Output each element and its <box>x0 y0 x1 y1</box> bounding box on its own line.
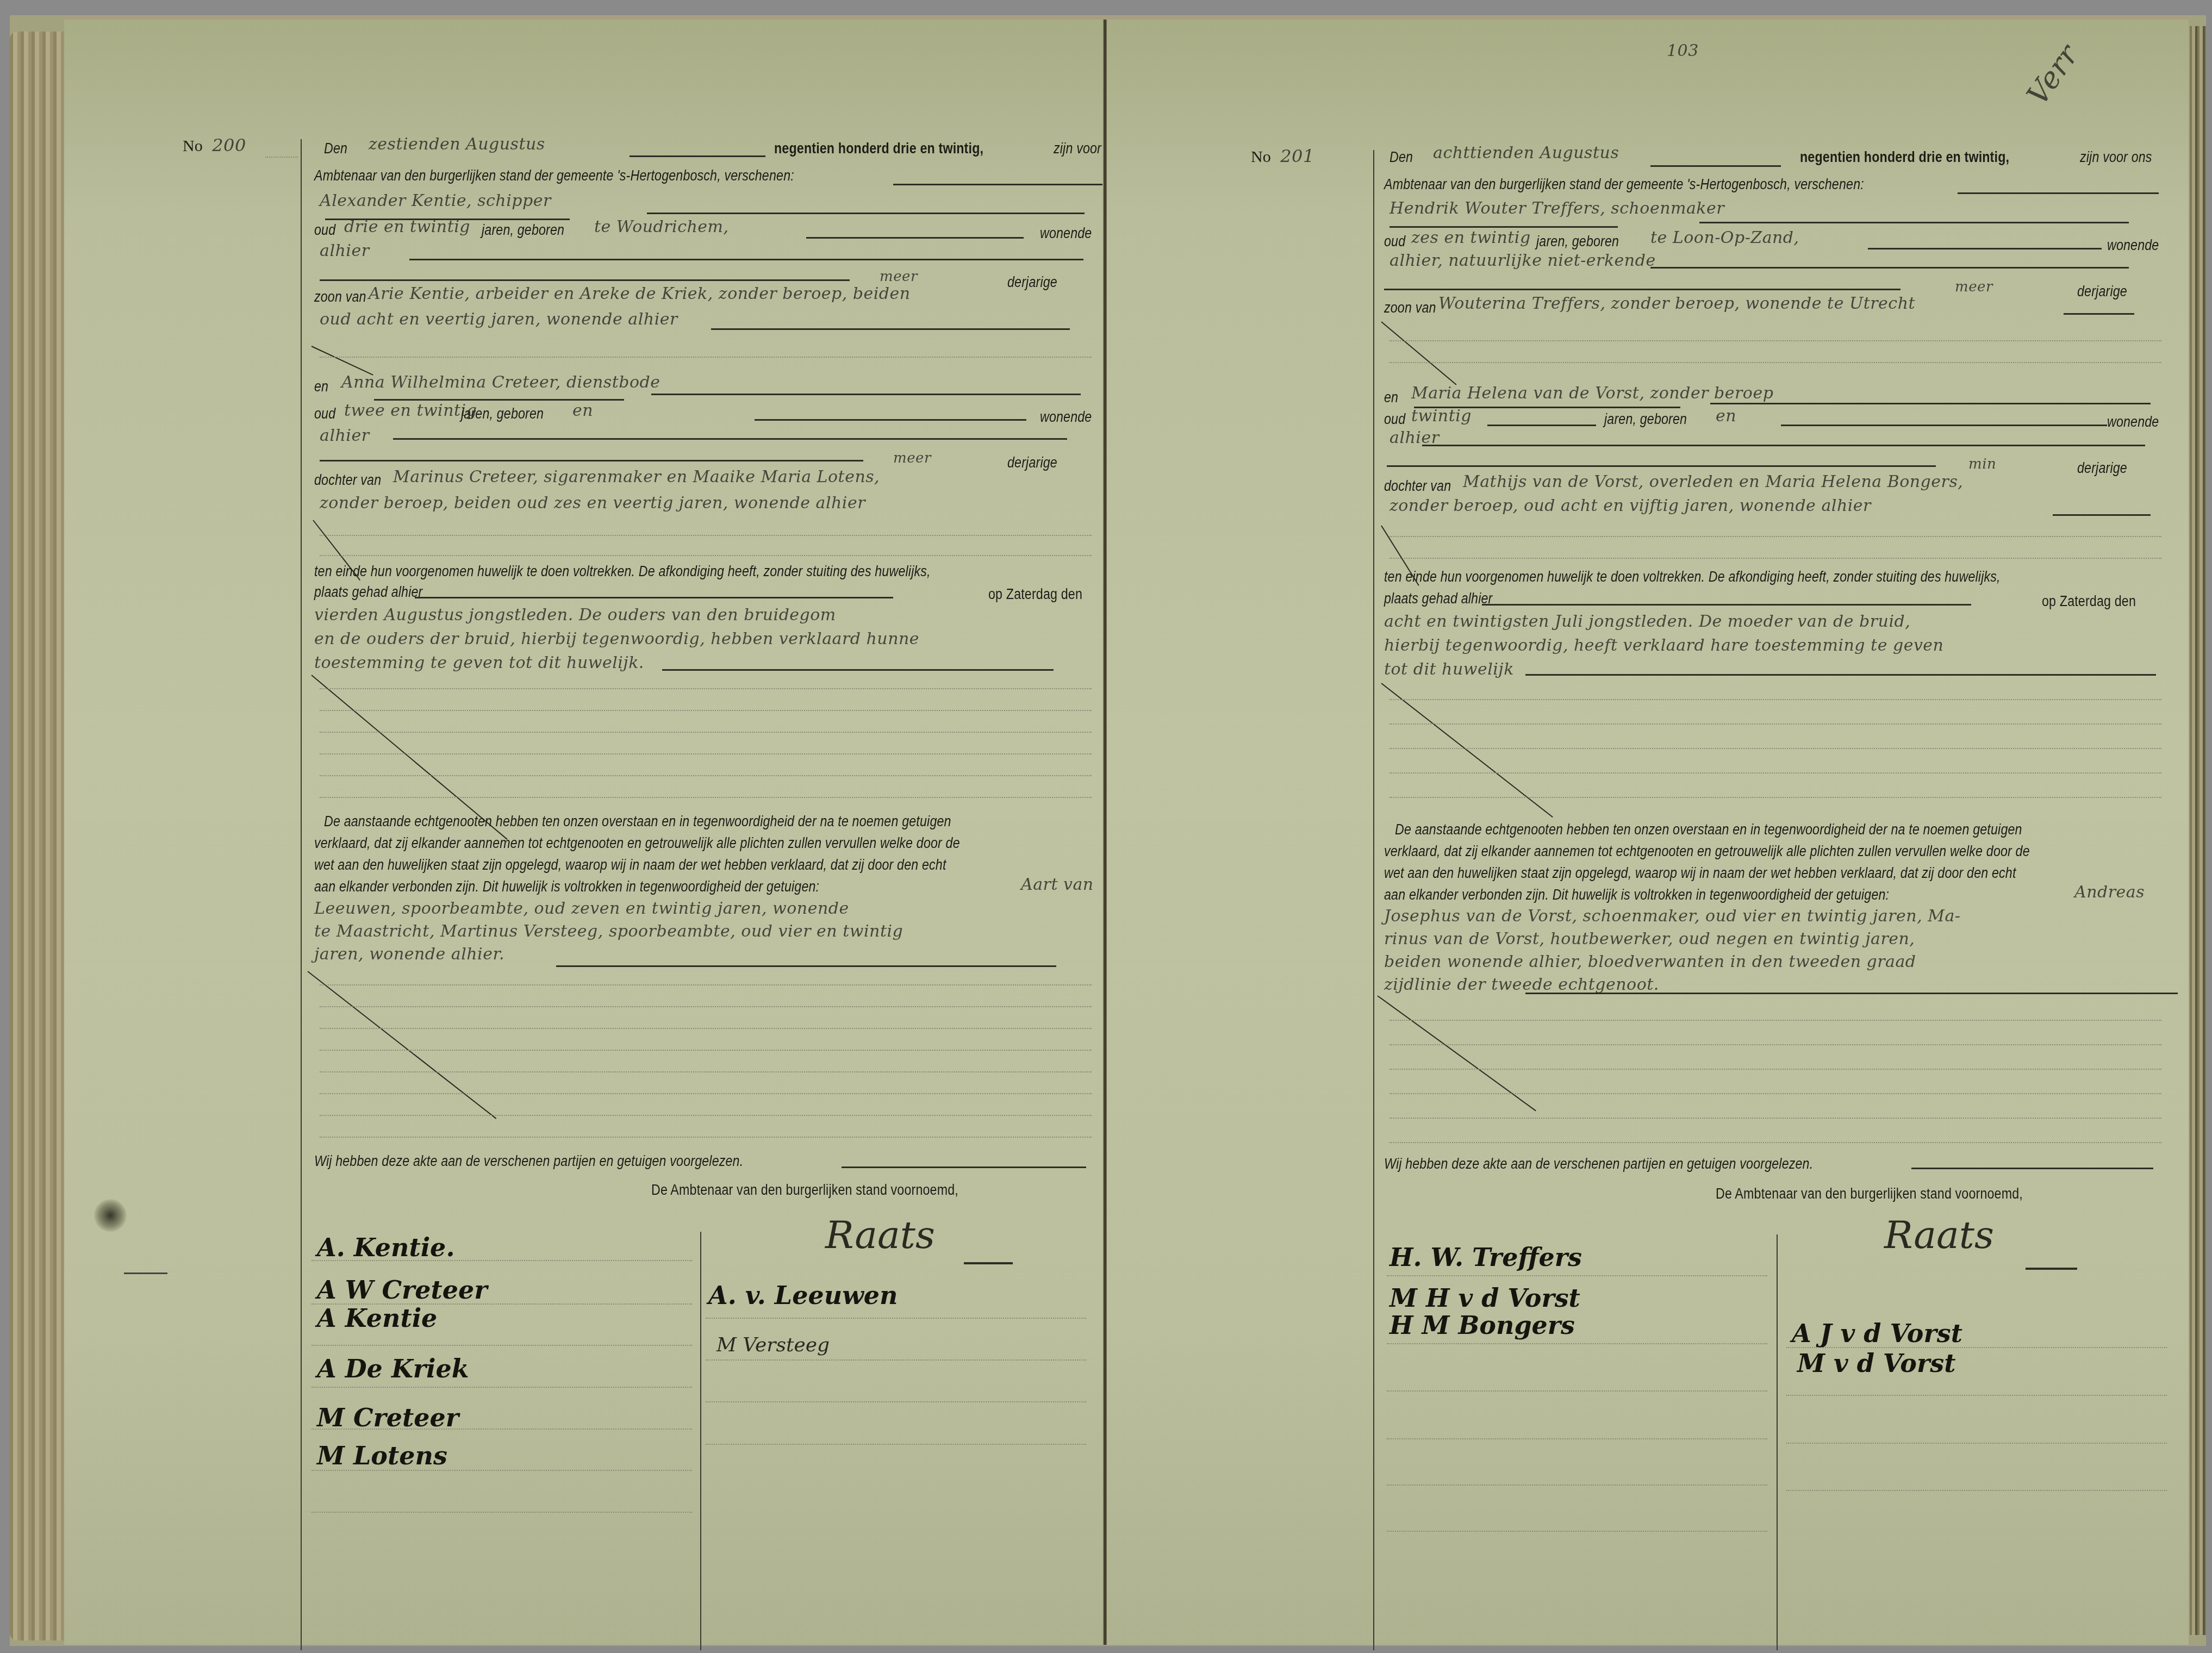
groom-parents-line-2: oud acht en veertig jaren, wonende alhie… <box>320 310 678 329</box>
groom-birthplace: te Loon-Op-Zand, <box>1650 228 1799 247</box>
dotted-line <box>320 535 1092 536</box>
dotted-line <box>1389 1020 2161 1021</box>
year-phrase: negentien honderd drie en twintig, <box>774 140 983 157</box>
underline-rule <box>1389 226 1618 228</box>
signature-divider <box>700 1232 701 1650</box>
witnesses-line-4: zijdlinie der tweede echtgenoot. <box>1384 975 1659 994</box>
signature-line <box>311 1345 692 1346</box>
proclamation-line-3: tot dit huwelijk <box>1384 660 1514 679</box>
fill-rule <box>1387 465 1936 467</box>
fill-rule <box>2064 313 2134 315</box>
groom-parent-status: meer <box>880 269 918 285</box>
derjarige-label: derjarige <box>1007 274 1057 291</box>
proclamation-line-2: en de ouders der bruid, hierbij tegenwoo… <box>314 629 919 648</box>
signature-line <box>706 1359 1086 1361</box>
signature-official: Raats <box>825 1213 935 1257</box>
dotted-line <box>320 1115 1092 1116</box>
left-page: No 200 Den zestienden Augustus negentien… <box>64 20 1105 1645</box>
signature-groom-mother: A De Kriek <box>317 1354 469 1383</box>
signature-line <box>1786 1395 2167 1396</box>
bride-parents-line-1: Mathijs van de Vorst, overleden en Maria… <box>1463 472 1963 491</box>
dotted-line <box>320 555 1092 556</box>
derjarige-label: derjarige <box>2077 460 2127 477</box>
folio-mark: Verr <box>2020 38 2085 111</box>
groom-name-occupation: Alexander Kentie, schipper <box>320 191 551 210</box>
witnesses-start: Andreas <box>2074 883 2145 902</box>
dotted-line <box>320 732 1092 733</box>
fill-rule <box>1482 604 1971 606</box>
signature-underline <box>964 1262 1013 1264</box>
dotted-line <box>1389 1093 2161 1094</box>
right-page: 103 Verr No 201 Den achttienden Augustus… <box>1107 20 2189 1645</box>
voorgelezen-text: Wij hebben deze akte aan de verschenen p… <box>314 1153 743 1170</box>
signature-line <box>1786 1490 2167 1491</box>
dotted-line <box>320 1137 1092 1138</box>
wonende-label: wonende <box>1040 225 1092 242</box>
dotted-line <box>1389 340 2161 341</box>
ten-einde-text: ten einde hun voorgenomen huwelijk te do… <box>314 563 931 580</box>
jaren-geboren-label: jaren, geboren <box>1536 233 1619 250</box>
fill-rule <box>842 1167 1086 1168</box>
signature-line <box>706 1444 1086 1445</box>
aanstaande-line-1: De aanstaande echtgenooten hebben ten on… <box>324 813 951 830</box>
aanstaande-line-2: verklaard, dat zij elkander aannemen tot… <box>1384 843 2030 860</box>
en-label: en <box>314 378 328 395</box>
signature-line <box>1387 1438 1767 1439</box>
dotted-line <box>1389 1069 2161 1070</box>
signature-divider <box>1777 1234 1778 1650</box>
fill-rule <box>320 279 850 281</box>
proclamation-line-1: acht en twintigsten Juli jongstleden. De… <box>1384 612 1910 631</box>
signature-line <box>311 1512 692 1513</box>
fill-rule <box>1699 222 2129 223</box>
fill-rule <box>1650 267 2129 269</box>
dotted-line <box>320 1093 1092 1094</box>
dochter-van-label: dochter van <box>314 472 381 489</box>
fill-rule <box>1650 165 1781 167</box>
ink-mark <box>124 1273 167 1274</box>
dotted-line <box>1389 1142 2161 1143</box>
jaren-geboren-label: jaren, geboren <box>482 222 564 239</box>
witnesses-line-1: Josephus van de Vorst, schoenmaker, oud … <box>1384 907 1960 926</box>
dotted-line <box>320 1071 1092 1072</box>
proclamation-line-1: vierden Augustus jongstleden. De ouders … <box>314 606 836 625</box>
fill-rule <box>1384 289 1901 290</box>
fill-rule <box>1525 993 2178 994</box>
underline-rule <box>374 399 624 401</box>
bride-birthplace: en <box>572 401 593 420</box>
oud-label: oud <box>1384 411 1405 428</box>
signature-groom-father: A Kentie <box>317 1303 437 1333</box>
dotted-line <box>320 984 1092 985</box>
zoon-van-label: zoon van <box>314 289 366 305</box>
signature-line <box>1387 1390 1767 1392</box>
signature-line <box>1786 1347 2167 1348</box>
signature-underline <box>2026 1268 2077 1270</box>
witnesses-start: Aart van <box>1021 875 1094 894</box>
dotted-line <box>1389 723 2161 725</box>
groom-birthplace: te Woudrichem, <box>594 217 729 236</box>
fill-rule <box>662 669 1054 671</box>
groom-age: zes en twintig <box>1411 228 1531 247</box>
bride-parent-status: meer <box>893 450 931 466</box>
bride-birthplace: en <box>1716 407 1736 426</box>
register-book: No 200 Den zestienden Augustus negentien… <box>10 15 2206 1646</box>
bride-parents-line-2: zonder beroep, beiden oud zes en veertig… <box>320 494 865 513</box>
dotted-line <box>1389 699 2161 700</box>
oud-label: oud <box>1384 233 1405 250</box>
ten-einde-text: ten einde hun voorgenomen huwelijk te do… <box>1384 569 2001 585</box>
aanstaande-line-1: De aanstaande echtgenooten hebben ten on… <box>1395 821 2022 838</box>
record-number: 201 <box>1280 146 1314 166</box>
signature-line <box>706 1401 1086 1402</box>
derjarige-label: derjarige <box>1007 454 1057 471</box>
marriage-date: achttienden Augustus <box>1433 144 1619 163</box>
witnesses-line-1: Leeuwen, spoorbeambte, oud zeven en twin… <box>314 899 849 918</box>
dotted-line <box>1389 1044 2161 1045</box>
bride-parents-line-1: Marinus Creteer, sigarenmaker en Maaike … <box>393 467 880 486</box>
dotted-line <box>320 797 1092 798</box>
dotted-line <box>320 710 1092 711</box>
aanstaande-line-3: wet aan den huwelijken staat zijn opgele… <box>314 857 946 874</box>
jaren-geboren-label: jaren, geboren <box>1604 411 1687 428</box>
signature-witness-2: M v d Vorst <box>1797 1349 1955 1378</box>
fill-rule <box>1911 1168 2153 1169</box>
op-zaterdag-label: op Zaterdag den <box>2042 593 2136 610</box>
signature-line <box>1387 1484 1767 1486</box>
fill-rule <box>1487 425 1596 426</box>
bride-parents-line-2: zonder beroep, oud acht en vijftig jaren… <box>1389 496 1871 515</box>
signature-groom: A. Kentie. <box>317 1233 454 1262</box>
dotted-line <box>1389 772 2161 774</box>
folio-number: 103 <box>1667 41 1699 60</box>
plaats-gehad-label: plaats gehad alhier <box>314 584 422 601</box>
groom-parents-line-1: Arie Kentie, arbeider en Areke de Kriek,… <box>369 284 911 303</box>
signature-bride-mother: M Lotens <box>317 1441 447 1470</box>
bride-name-occupation: Maria Helena van de Vorst, zonder beroep <box>1411 384 1773 403</box>
year-tail: zijn voor ons <box>2080 149 2152 166</box>
groom-parent-status: meer <box>1955 279 1993 295</box>
fill-rule <box>409 259 1083 260</box>
marriage-date: zestienden Augustus <box>369 135 545 154</box>
fill-rule <box>2053 514 2151 516</box>
witnesses-line-3: beiden wonende alhier, bloedverwanten in… <box>1384 952 1916 971</box>
fill-rule <box>651 394 1081 395</box>
bride-age: twintig <box>1411 407 1472 426</box>
fill-rule <box>415 597 893 598</box>
signature-groom: H. W. Treffers <box>1389 1243 1582 1272</box>
den-label: Den <box>324 140 347 157</box>
signature-line <box>1387 1343 1767 1344</box>
den-label: Den <box>1389 149 1413 166</box>
dotted-line <box>1389 362 2161 363</box>
signature-line <box>311 1387 692 1388</box>
groom-residence: alhier, natuurlijke niet-erkende <box>1389 251 1656 270</box>
wonende-label: wonende <box>2107 237 2159 254</box>
aanstaande-line-2: verklaard, dat zij elkander aannemen tot… <box>314 835 960 852</box>
ambtenaar-voornoemd: De Ambtenaar van den burgerlijken stand … <box>651 1182 958 1199</box>
signature-witness-1: A J v d Vorst <box>1792 1319 1962 1348</box>
margin-line <box>1373 150 1374 1650</box>
fill-rule <box>1958 192 2159 194</box>
fill-rule <box>755 419 1026 421</box>
oud-label: oud <box>314 406 335 422</box>
groom-parents-line-1: Wouterina Treffers, zonder beroep, wonen… <box>1438 294 1915 313</box>
fill-rule <box>1781 425 2107 426</box>
signature-bride: A W Creteer <box>317 1275 488 1305</box>
witnesses-line-2: te Maastricht, Martinus Versteeg, spoorb… <box>314 922 903 941</box>
cancellation-stroke <box>311 346 373 376</box>
proclamation-line-3: toestemming te geven tot dit huwelijk. <box>314 653 644 672</box>
groom-name-occupation: Hendrik Wouter Treffers, schoenmaker <box>1389 199 1724 218</box>
record-number-label: No 200 <box>183 135 246 155</box>
dotted-line <box>320 775 1092 776</box>
aanstaande-line-4: aan elkander verbonden zijn. Dit huwelij… <box>1384 887 1889 903</box>
dochter-van-label: dochter van <box>1384 478 1451 495</box>
groom-age: drie en twintig <box>344 217 470 236</box>
dotted-line <box>320 1028 1092 1029</box>
record-number-label: No 201 <box>1251 146 1314 166</box>
signature-line <box>1786 1443 2167 1444</box>
dotted-line <box>1389 536 2161 537</box>
signature-official: Raats <box>1884 1213 1994 1257</box>
plaats-gehad-label: plaats gehad alhier <box>1384 590 1492 607</box>
fill-rule <box>393 438 1067 440</box>
proclamation-line-2: hierbij tegenwoordig, heeft verklaard ha… <box>1384 636 1943 655</box>
derjarige-label: derjarige <box>2077 283 2127 300</box>
signature-line <box>1387 1531 1767 1532</box>
signature-line <box>706 1318 1086 1319</box>
ambtenaar-line: Ambtenaar van den burgerlijken stand der… <box>314 167 794 184</box>
fill-rule <box>647 213 1085 214</box>
ambtenaar-voornoemd: De Ambtenaar van den burgerlijken stand … <box>1716 1186 2023 1202</box>
cancellation-stroke <box>307 971 496 1119</box>
fill-rule <box>556 965 1056 967</box>
fill-rule <box>893 184 1102 185</box>
dotted-line <box>1389 1118 2161 1119</box>
dotted-line <box>1389 748 2161 749</box>
witnesses-line-3: jaren, wonende alhier. <box>314 945 504 964</box>
signature-line <box>1387 1275 1767 1276</box>
fill-rule <box>1422 445 2145 446</box>
bride-parent-status: min <box>1968 456 1996 472</box>
record-number: 200 <box>212 135 246 155</box>
cancellation-stroke <box>1381 321 1456 385</box>
signature-bride-father: M Creteer <box>317 1403 459 1432</box>
fill-rule <box>806 237 1024 239</box>
en-label: en <box>1384 389 1398 406</box>
ambtenaar-line: Ambtenaar van den burgerlijken stand der… <box>1384 176 1864 193</box>
signature-line <box>311 1470 692 1471</box>
wonende-label: wonende <box>2107 414 2159 431</box>
dotted-line <box>320 357 1092 358</box>
signature-witness-2: M Versteeg <box>716 1334 830 1356</box>
ink-stain <box>94 1199 127 1232</box>
wonende-label: wonende <box>1040 409 1092 426</box>
oud-label: oud <box>314 222 335 239</box>
bride-residence: alhier <box>320 426 370 445</box>
fill-rule <box>630 155 765 157</box>
signature-bride: M H v d Vorst <box>1389 1283 1580 1313</box>
dotted-line <box>1389 558 2161 559</box>
aanstaande-line-4: aan elkander verbonden zijn. Dit huwelij… <box>314 878 819 895</box>
fill-rule <box>1710 403 2151 404</box>
op-zaterdag-label: op Zaterdag den <box>988 586 1082 603</box>
dotted-line <box>320 1050 1092 1051</box>
witnesses-line-2: rinus van de Vorst, houtbewerker, oud ne… <box>1384 930 1915 949</box>
signature-line <box>311 1260 692 1261</box>
zoon-van-label: zoon van <box>1384 300 1436 316</box>
fill-rule <box>1868 248 2102 249</box>
dotted-line <box>1389 797 2161 798</box>
dotted-line <box>265 157 298 158</box>
groom-residence: alhier <box>320 241 370 260</box>
dotted-line <box>320 688 1092 689</box>
jaren-geboren-label: jaren, geboren <box>461 406 544 422</box>
fill-rule <box>1525 674 2156 676</box>
signature-line <box>311 1429 692 1430</box>
fill-rule <box>320 460 863 461</box>
fill-rule <box>711 328 1070 330</box>
page-edges-right <box>2190 26 2206 1635</box>
voorgelezen-text: Wij hebben deze akte aan de verschenen p… <box>1384 1156 1813 1172</box>
signature-witness-1: A. v. Leeuwen <box>708 1281 898 1310</box>
aanstaande-line-3: wet aan den huwelijken staat zijn opgele… <box>1384 865 2016 882</box>
signature-bride-mother: H M Bongers <box>1389 1311 1575 1340</box>
margin-line <box>301 139 302 1650</box>
dotted-line <box>320 753 1092 754</box>
dotted-line <box>320 1006 1092 1007</box>
year-phrase: negentien honderd drie en twintig, <box>1800 149 2009 166</box>
bride-name-occupation: Anna Wilhelmina Creteer, dienstbode <box>341 373 660 392</box>
bride-age: twee en twintig <box>344 401 477 420</box>
